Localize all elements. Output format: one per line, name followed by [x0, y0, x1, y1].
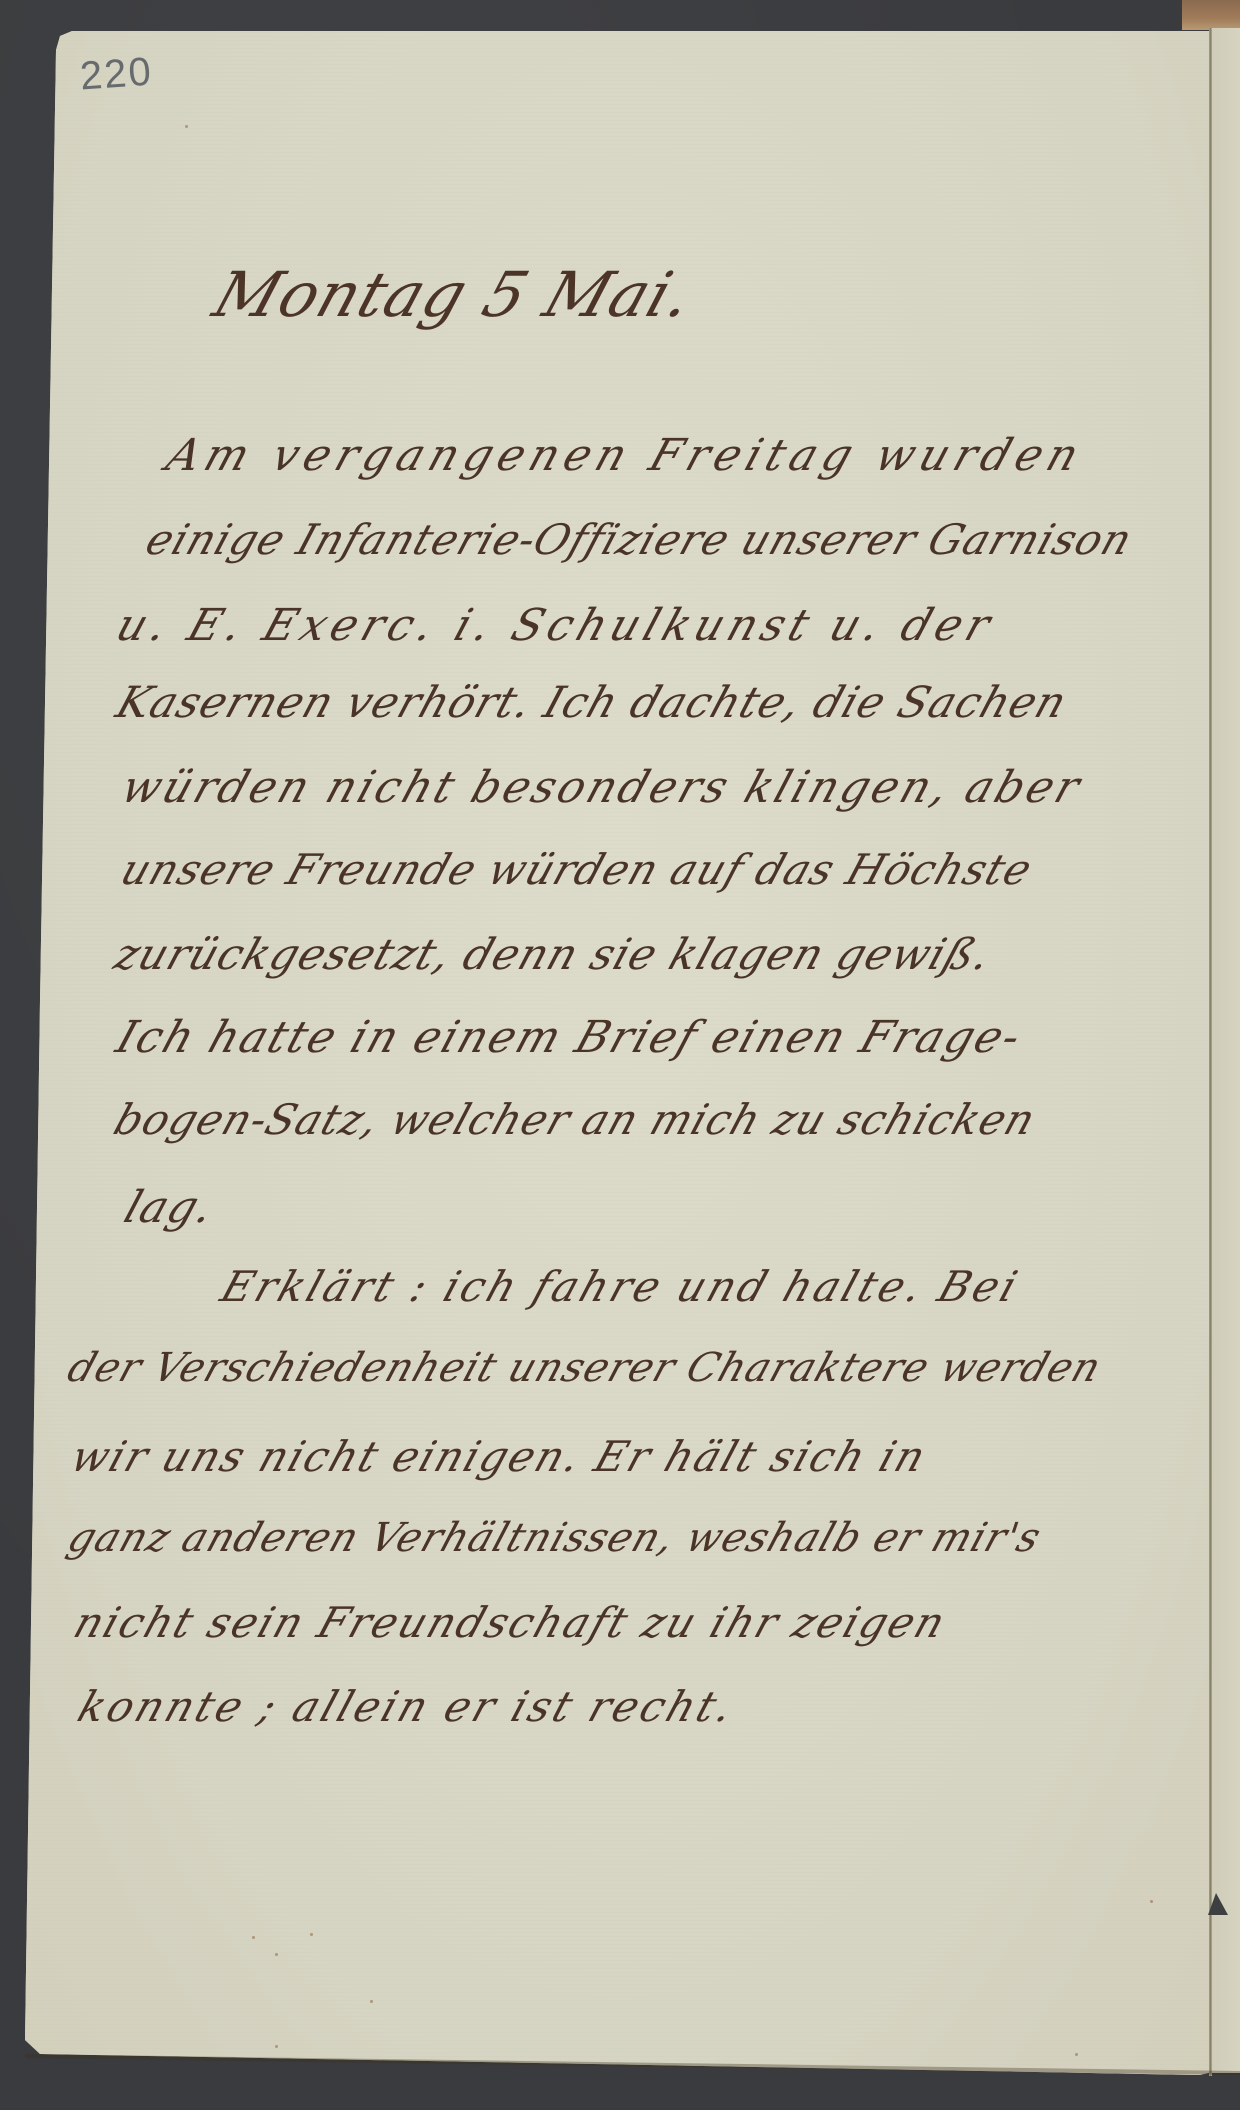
text-line-7: zurückgesetzt, denn sie klagen gewiß.: [108, 930, 998, 980]
paper-speck: [275, 2045, 278, 2048]
text-line-4: Kasernen verhört. Ich dachte, die Sachen: [110, 678, 1073, 728]
book-gutter: [1209, 28, 1212, 2076]
paper-speck: [185, 125, 188, 128]
entry-date-heading: Montag 5 Mai.: [205, 258, 703, 331]
text-line-13: wir uns nicht einigen. Er hält sich in: [65, 1432, 934, 1481]
text-line-15: nicht sein Freundschaft zu ihr zeigen: [68, 1598, 953, 1647]
text-line-10: lag.: [118, 1182, 221, 1233]
text-line-8: Ich hatte in einem Brief einen Frage-: [110, 1012, 1029, 1063]
paper-speck: [252, 1936, 255, 1939]
text-line-2: einige Infanterie-Offiziere unserer Garn…: [140, 515, 1139, 564]
text-line-12: der Verschiedenheit unserer Charaktere w…: [62, 1345, 1107, 1391]
text-line-1: Am vergangenen Freitag wurden: [160, 430, 1091, 481]
facing-page-edge: [1212, 28, 1240, 2073]
text-line-16: konnte ; allein er ist recht.: [72, 1682, 742, 1731]
paper-speck: [1075, 2053, 1078, 2056]
folio-number: 220: [79, 50, 155, 100]
paper-speck: [275, 1953, 278, 1956]
text-line-6: unsere Freunde würden auf das Höchste: [115, 845, 1039, 894]
text-line-5: würden nicht besonders klingen, aber: [115, 762, 1089, 813]
paper-speck: [370, 2000, 373, 2003]
text-line-9: bogen-Satz, welcher an mich zu schicken: [108, 1095, 1042, 1144]
text-line-11: Erklärt : ich fahre und halte. Bei: [215, 1262, 1026, 1311]
text-line-3: u. E. Exerc. i. Schulkunst u. der: [110, 600, 1001, 651]
paper-speck: [310, 1933, 313, 1936]
binding-thread-knot: [1208, 1893, 1228, 1915]
paper-speck: [1150, 1900, 1153, 1903]
text-line-14: ganz anderen Verhältnissen, weshalb er m…: [62, 1515, 1047, 1561]
book-cover-corner: [1182, 0, 1240, 30]
